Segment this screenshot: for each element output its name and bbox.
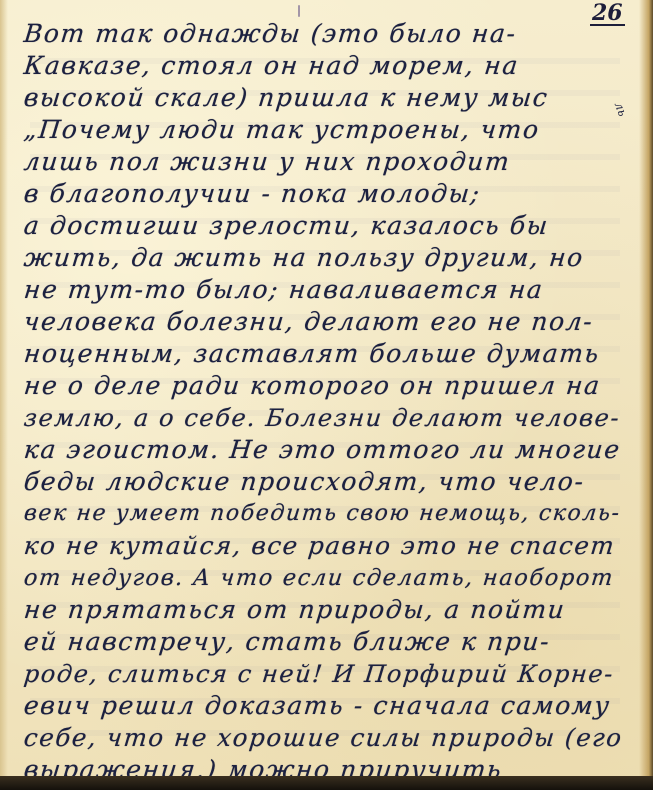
- text-line-3: высокой скале) пришла к нему мыс: [22, 82, 625, 114]
- text-line-23: себе, что не хорошие силы природы (его: [22, 722, 625, 754]
- text-line-20: ей навстречу, стать ближе к при-: [22, 626, 625, 658]
- page-right-edge: [639, 0, 653, 778]
- notebook-page: 26 Вот так однажды (это было на- Кавказе…: [0, 0, 653, 778]
- text-line-17: ко не кутайся, все равно это не спасет: [22, 530, 625, 562]
- text-line-24: выражения.) можно приручить: [22, 754, 625, 778]
- text-line-15: беды людские происходят, что чело-: [22, 466, 625, 498]
- ink-mark: [298, 5, 300, 17]
- text-line-18: от недугов. А что если сделать, наоборот: [22, 562, 625, 594]
- text-line-12: не о деле ради которого он пришел на: [22, 370, 625, 402]
- text-line-11: ноценным, заставлят больше думать: [22, 338, 625, 370]
- text-line-21: роде, слиться с ней! И Порфирий Корне-: [22, 658, 625, 690]
- text-line-22: евич решил доказать - сначала самому: [22, 690, 625, 722]
- text-line-7: а достигши зрелости, казалось бы: [22, 210, 625, 242]
- text-line-10: человека болезни, делают его не пол-: [22, 306, 625, 338]
- text-line-9: не тут-то было; наваливается на: [22, 274, 625, 306]
- text-line-5: лишь пол жизни у них проходит: [22, 146, 625, 178]
- text-line-4: „Почему люди так устроены, что: [22, 114, 625, 146]
- handwritten-text: Вот так однажды (это было на- Кавказе, с…: [24, 18, 624, 778]
- text-line-16: век не умеет победить свою немощь, сколь…: [22, 498, 625, 530]
- text-line-8: жить, да жить на пользу другим, но: [22, 242, 625, 274]
- text-line-19: не прятаться от природы, а пойти: [22, 594, 625, 626]
- text-line-14: ка эгоистом. Не это оттого ли многие: [22, 434, 625, 466]
- text-line-13: землю, а о себе. Болезни делают челове-: [22, 402, 625, 434]
- text-line-2: Кавказе, стоял он над морем, на: [22, 50, 625, 82]
- text-line-1: Вот так однажды (это было на-: [22, 18, 625, 50]
- notebook-bottom-edge: [0, 776, 653, 790]
- text-line-6: в благополучии - пока молоды;: [22, 178, 625, 210]
